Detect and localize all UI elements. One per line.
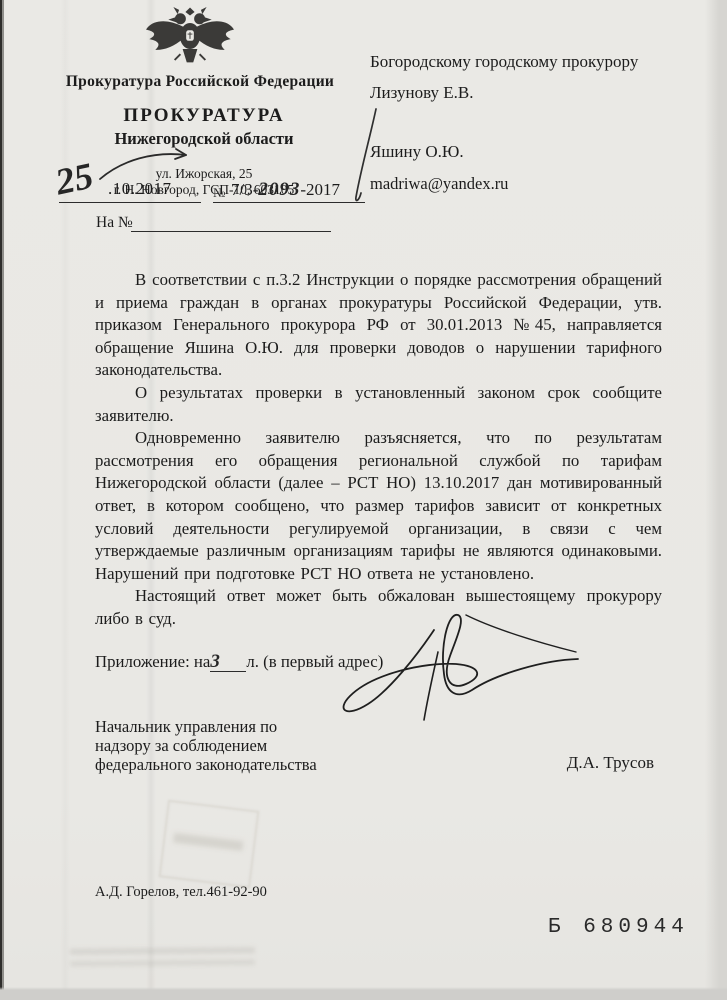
scan-edge-bottom (0, 987, 727, 1000)
org-country-line: Прокуратура Российской Федерации (50, 73, 350, 91)
outgoing-number: 7/3-2093-2017 (231, 179, 340, 201)
signer-title-line1: Начальник управления по (95, 717, 317, 736)
paragraph-3: Одновременно заявителю разъясняется, что… (95, 427, 662, 585)
paragraph-1: В соответствии с п.3.2 Инструкции о поря… (95, 269, 662, 382)
date-underline (59, 202, 201, 203)
number-underline (213, 202, 365, 203)
bleed-through-stamp (159, 800, 260, 889)
addressee-office: Богородскому городскому прокурору (370, 52, 638, 72)
signer-title-line3: федерального законодательства (95, 755, 317, 774)
handwritten-checkmark (349, 107, 383, 212)
scanned-letter-page: Прокуратура Российской Федерации ПРОКУРА… (0, 0, 727, 1000)
addressee-name: Лизунову Е.В. (370, 83, 474, 103)
handwritten-signature (338, 612, 588, 735)
scan-edge-right (705, 0, 727, 1000)
applicant-name: Яшину О.Ю. (370, 142, 464, 162)
russia-coat-of-arms-icon (142, 6, 238, 71)
paragraph-2: О результатах проверки в установленный з… (95, 382, 662, 427)
applicant-email: madriwa@yandex.ru (370, 174, 508, 194)
signer-title-line2: надзору за соблюдением (95, 736, 317, 755)
reference-number-label: На № (96, 214, 133, 232)
attachment-sheet-count-blank: 3 (210, 653, 246, 672)
form-blank-number-stamp: Б 680944 (548, 916, 689, 939)
reference-number-blank-line (131, 231, 331, 232)
number-sign: № (213, 185, 225, 201)
signer-name: Д.А. Трусов (567, 752, 662, 775)
handwritten-sheet-count: 3 (210, 651, 220, 672)
org-name: ПРОКУРАТУРА (58, 105, 350, 127)
scan-edge-left (0, 0, 6, 1000)
outgoing-number-suffix: -2017 (300, 180, 340, 199)
outgoing-number-prefix: 7/3- (231, 180, 258, 199)
attachment-label: Приложение: на (95, 652, 210, 671)
handwritten-number-part: 2093 (258, 179, 300, 200)
bleed-through-text (70, 947, 255, 975)
handwritten-arrow-mark (98, 146, 194, 187)
